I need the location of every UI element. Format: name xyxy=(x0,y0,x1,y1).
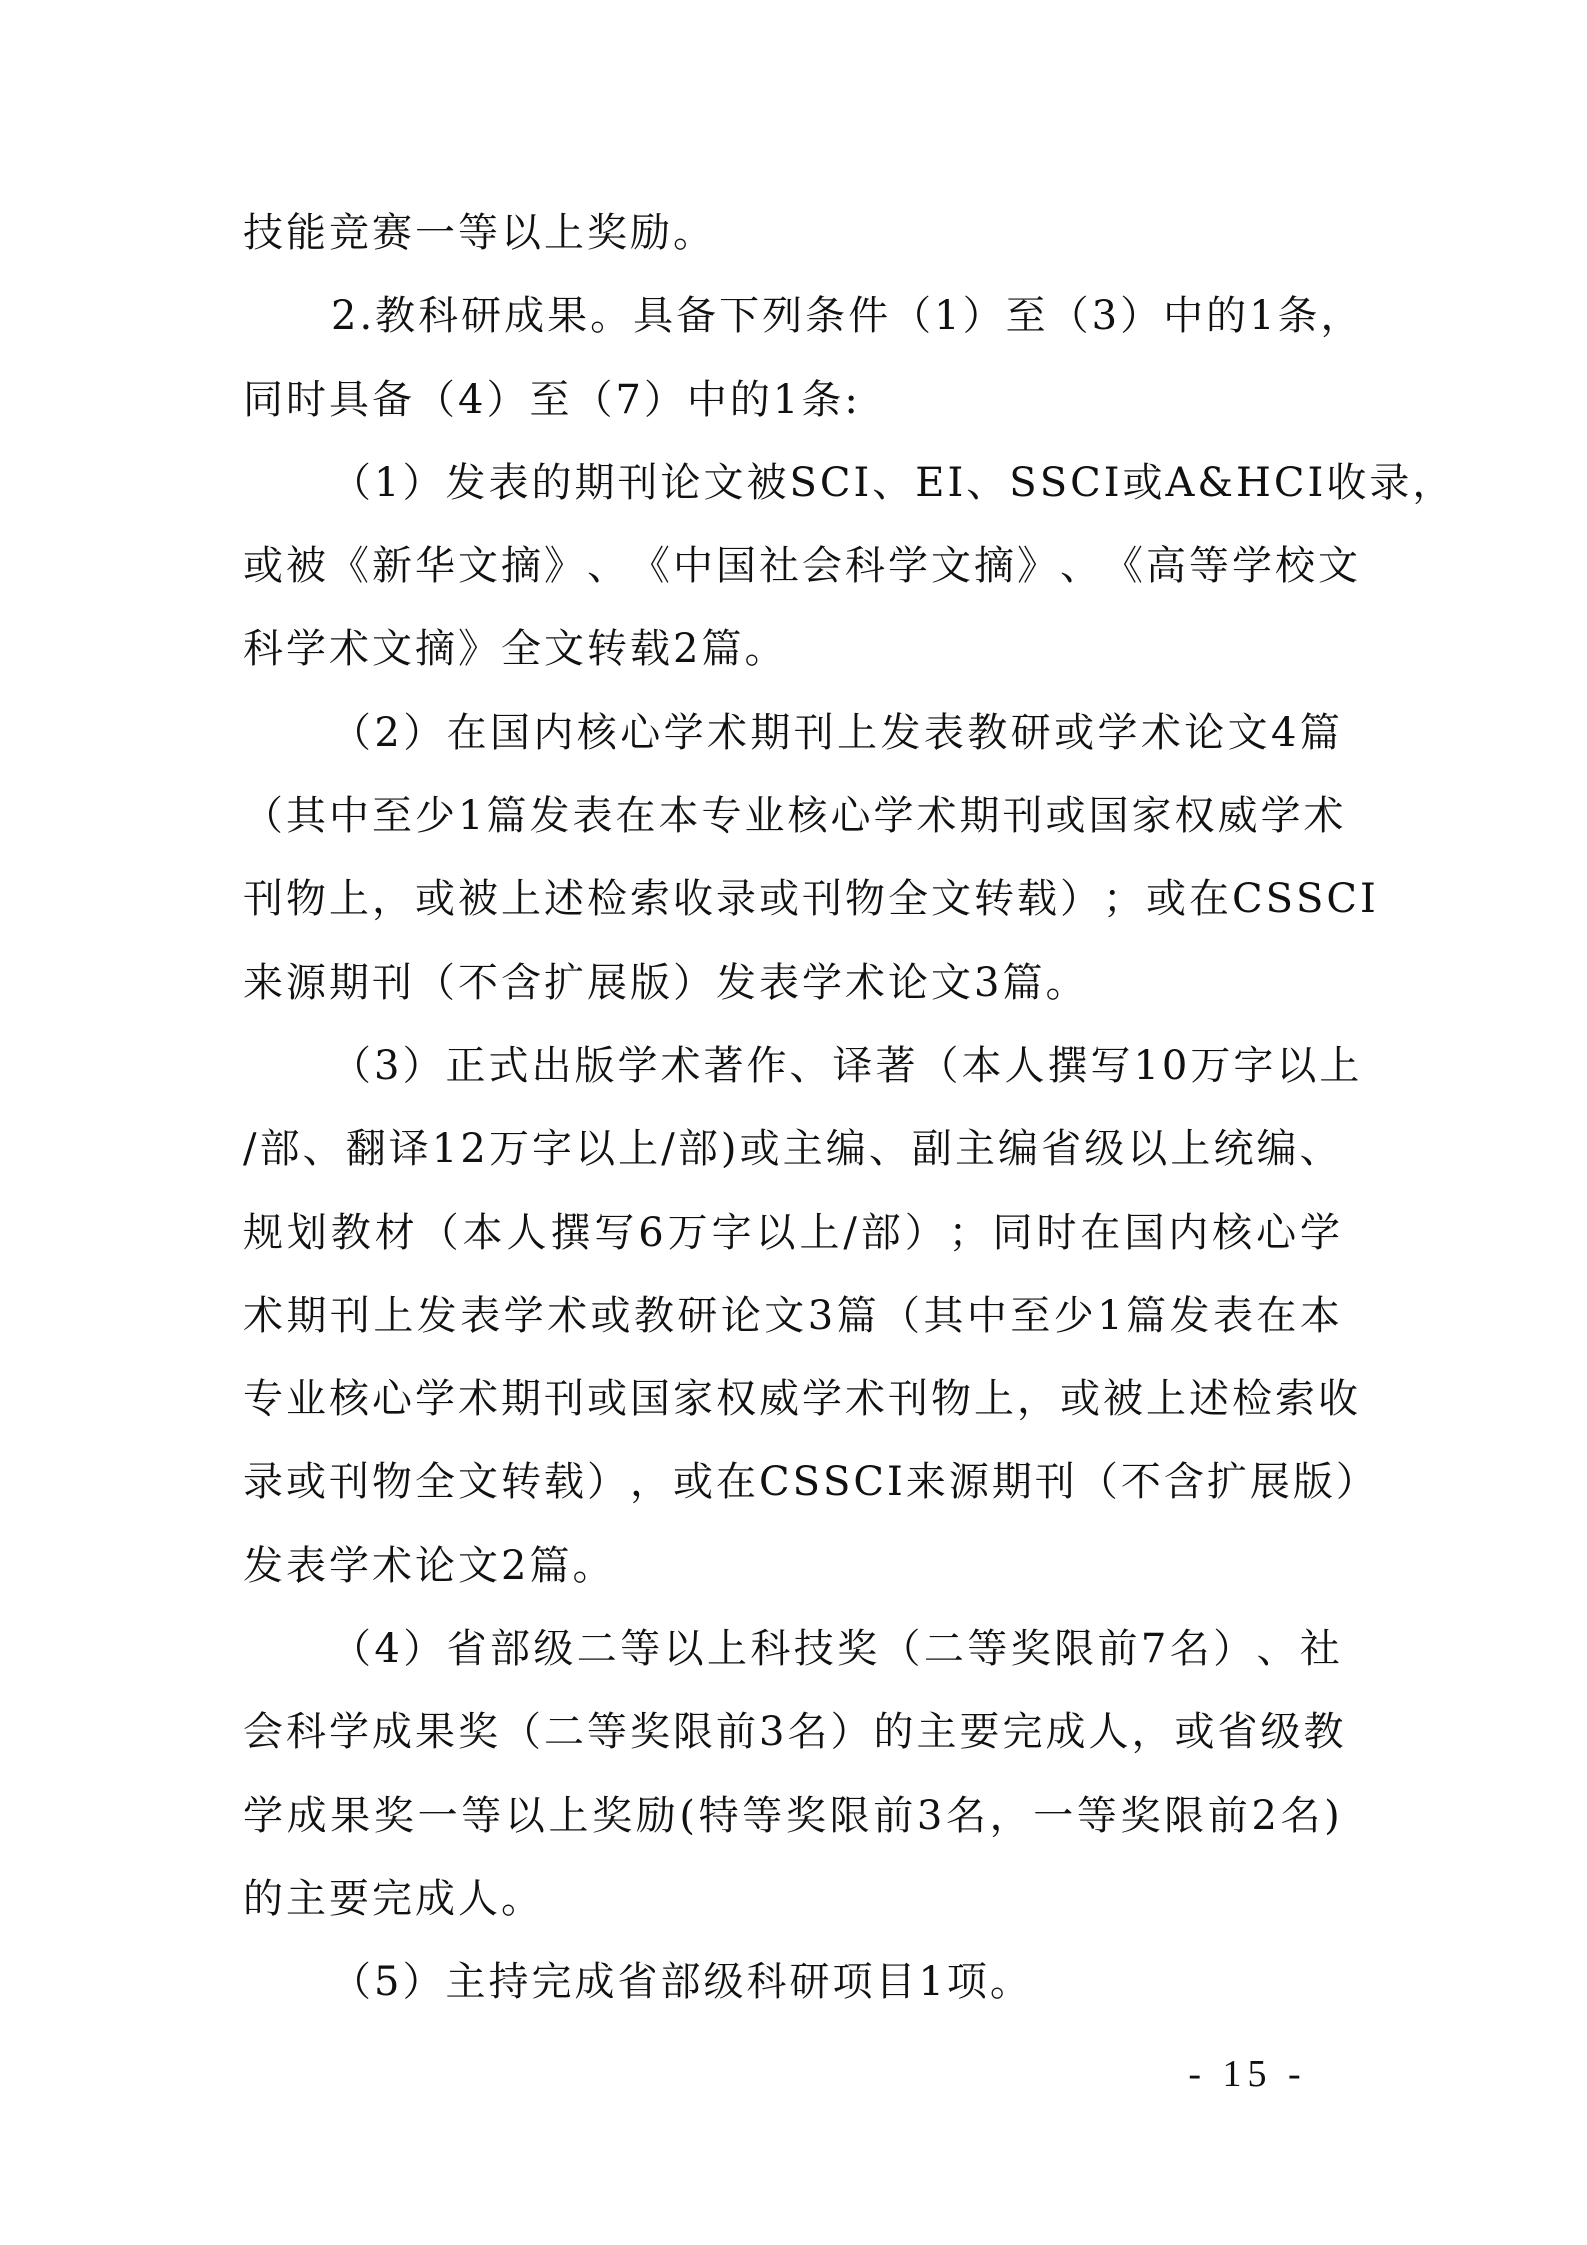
text-line: （4）省部级二等以上科技奖（二等奖限前7名）、社 xyxy=(243,1614,1343,1697)
body-text: 技能竞赛一等以上奖励。 2.教科研成果。具备下列条件（1）至（3）中的1条， 同… xyxy=(243,198,1343,2031)
text-line: 刊物上，或被上述检索收录或刊物全文转载）；或在CSSCI xyxy=(243,864,1343,947)
text-line: （3）正式出版学术著作、译著（本人撰写10万字以上 xyxy=(243,1031,1343,1114)
text-line: 科学术文摘》全文转载2篇。 xyxy=(243,614,1343,697)
text-line: 同时具备（4）至（7）中的1条: xyxy=(243,365,1343,448)
text-line: 录或刊物全文转载），或在CSSCI来源期刊（不含扩展版） xyxy=(243,1447,1343,1530)
text-line: 来源期刊（不含扩展版）发表学术论文3篇。 xyxy=(243,948,1343,1031)
text-line: （其中至少1篇发表在本专业核心学术期刊或国家权威学术 xyxy=(243,781,1343,864)
text-line: /部、翻译12万字以上/部)或主编、副主编省级以上统编、 xyxy=(243,1114,1343,1197)
text-line: 发表学术论文2篇。 xyxy=(243,1531,1343,1614)
text-line: 学成果奖一等以上奖励(特等奖限前3名，一等奖限前2名) xyxy=(243,1781,1343,1864)
text-line: 会科学成果奖（二等奖限前3名）的主要完成人，或省级教 xyxy=(243,1697,1343,1780)
text-line: 规划教材（本人撰写6万字以上/部）；同时在国内核心学 xyxy=(243,1198,1343,1281)
text-line: （5）主持完成省部级科研项目1项。 xyxy=(243,1947,1343,2030)
page-number: - 15 - xyxy=(1180,2052,1315,2096)
text-line: 或被《新华文摘》、《中国社会科学文摘》、《高等学校文 xyxy=(243,531,1343,614)
text-line: 技能竞赛一等以上奖励。 xyxy=(243,198,1343,281)
text-line: （1）发表的期刊论文被SCI、EI、SSCI或A&HCI收录， xyxy=(243,448,1343,531)
text-line: 专业核心学术期刊或国家权威学术刊物上，或被上述检索收 xyxy=(243,1364,1343,1447)
text-line: 2.教科研成果。具备下列条件（1）至（3）中的1条， xyxy=(243,281,1343,364)
document-page: 技能竞赛一等以上奖励。 2.教科研成果。具备下列条件（1）至（3）中的1条， 同… xyxy=(0,0,1587,2245)
text-line: （2）在国内核心学术期刊上发表教研或学术论文4篇 xyxy=(243,698,1343,781)
text-line: 的主要完成人。 xyxy=(243,1864,1343,1947)
text-line: 术期刊上发表学术或教研论文3篇（其中至少1篇发表在本 xyxy=(243,1281,1343,1364)
